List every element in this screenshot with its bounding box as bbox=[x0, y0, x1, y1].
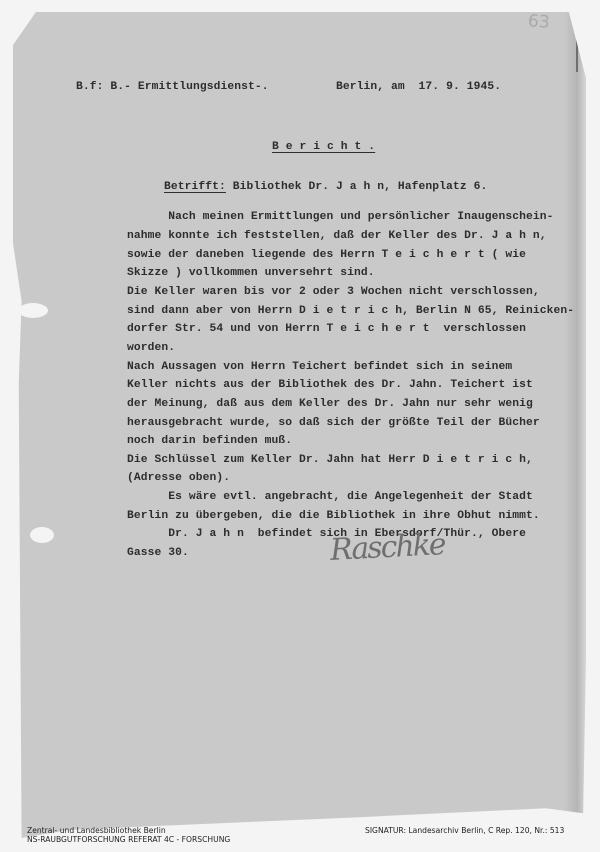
footer-signature-ref: SIGNATUR: Landesarchiv Berlin, C Rep. 12… bbox=[365, 826, 564, 835]
subject-line: Betrifft: Bibliothek Dr. J a h n, Hafenp… bbox=[164, 181, 487, 193]
handwritten-signature: Raschke bbox=[329, 527, 445, 568]
body-line: sowie der daneben liegende des Herrn T e… bbox=[127, 249, 526, 261]
body-line: Gasse 30. bbox=[127, 547, 189, 559]
body-line: Keller nichts aus der Bibliothek des Dr.… bbox=[127, 379, 533, 391]
body-line: dorfer Str. 54 und von Herrn T e i c h e… bbox=[127, 323, 526, 335]
body-line: der Meinung, daß aus dem Keller des Dr. … bbox=[127, 398, 533, 410]
page-fold-line bbox=[576, 12, 578, 72]
footer-institution: Zentral- und Landesbibliothek Berlin NS-… bbox=[27, 826, 230, 844]
body-line: herausgebracht wurde, so daß sich der gr… bbox=[127, 417, 540, 429]
body-line: Nach Aussagen von Herrn Teichert befinde… bbox=[127, 361, 512, 373]
body-line: noch darin befinden muß. bbox=[127, 435, 292, 447]
place-date: Berlin, am 17. 9. 1945. bbox=[336, 81, 501, 93]
body-line: nahme konnte ich feststellen, daß der Ke… bbox=[127, 230, 547, 242]
body-line: Dr. J a h n befindet sich in Ebersdorf/T… bbox=[127, 528, 526, 540]
body-line: sind dann aber von Herrn D i e t r i c h… bbox=[127, 305, 574, 317]
body-line: Die Schlüssel zum Keller Dr. Jahn hat He… bbox=[127, 454, 533, 466]
punch-hole bbox=[30, 527, 54, 543]
body-line: Berlin zu übergeben, die die Bibliothek … bbox=[127, 510, 540, 522]
subject-label: Betrifft: bbox=[164, 181, 226, 193]
body-line: Die Keller waren bis vor 2 oder 3 Wochen… bbox=[127, 286, 540, 298]
body-line: (Adresse oben). bbox=[127, 472, 230, 484]
body-line: Skizze ) vollkommen unversehrt sind. bbox=[127, 267, 375, 279]
page-number: 63 bbox=[527, 11, 550, 32]
body-line: worden. bbox=[127, 342, 175, 354]
body-line: Es wäre evtl. angebracht, die Angelegenh… bbox=[127, 491, 533, 503]
subject-text: Bibliothek Dr. J a h n, Hafenplatz 6. bbox=[226, 181, 487, 193]
footer-department: NS-RAUBGUTFORSCHUNG REFERAT 4C - FORSCHU… bbox=[27, 835, 230, 844]
page-edge-shadow bbox=[564, 12, 586, 838]
body-line: Nach meinen Ermittlungen und persönliche… bbox=[127, 211, 554, 223]
footer-library: Zentral- und Landesbibliothek Berlin bbox=[27, 826, 230, 835]
punch-hole bbox=[18, 303, 48, 318]
sender-line: B.f: B.- Ermittlungsdienst-. bbox=[76, 81, 269, 93]
document-title: B e r i c h t . bbox=[272, 141, 375, 153]
